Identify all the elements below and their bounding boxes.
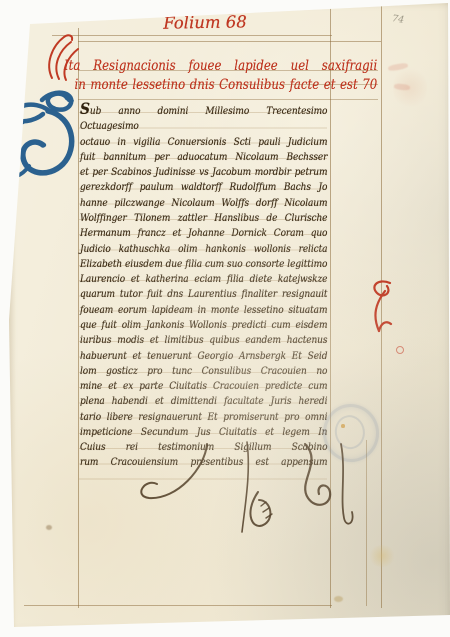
body-line-15: iuribus modis et limitibus quibus eandem… [80,333,327,348]
cadel-initial-icon [4,86,84,190]
body-line-1: Sub anno domini Millesimo Trecentesimo O… [80,101,327,135]
body-line-5: gerezkdorff paulum waldtorff Rudolffum B… [80,180,327,195]
body-line-9: Judicio kathuschka olim hankonis wolloni… [80,242,327,257]
body-line-10: Elizabeth eiusdem due filia cum suo cons… [80,257,327,272]
manuscript-photo: 74 Folium 68 Ita Resignacionis fouee lap… [0,0,450,637]
rubric: Ita Resignacionis fouee lapidee uel saxi… [64,57,377,95]
body-line-4: et per Scabinos Judinisse vs Jacobum mor… [80,165,327,180]
red-dot-mark [396,346,404,354]
margin-flourish-icon [364,277,396,335]
ink-bleed-mark [228,3,236,15]
ink-bleed-mark [394,83,411,91]
body-line-2: octauo in vigilia Conuersionis Scti paul… [80,135,327,150]
body-line-11: Laurencio et katherina eciam filia diete… [80,272,327,287]
stain [334,596,343,602]
body-line-21: impeticione Secundum Jus Ciuitatis et le… [80,425,327,440]
ruling-line-header-1 [52,35,332,36]
body-line-13: foueam eorum lapideam in monte lessetino… [80,303,327,318]
body-line-19: plena habendi et dimittendi facultate Ju… [80,394,327,409]
body-line-8: Hermanum francz et Johanne Dornick Coram… [80,226,327,241]
pen-flourishes-icon [95,440,365,540]
body-line-20: tario libere resignauerunt Et promiserun… [80,410,327,425]
rubric-line-1: Ita Resignacionis fouee lapidee uel saxi… [64,57,377,76]
rubric-line-2: in monte lessetino dnis Consulibus facte… [64,76,377,95]
folio-header: Folium 68 [130,12,280,34]
ruling-line-bottom [24,605,332,606]
body-line-16: habuerunt et tenuerunt Georgio Arnsbergk… [80,349,327,364]
body-line-14: que fuit olim Jankonis Wollonis predicti… [80,318,327,333]
body-line-7: Wolffinger Tilonem zattler Hanslibus de … [80,211,327,226]
parchment-leaf: 74 Folium 68 Ita Resignacionis fouee lap… [0,0,450,637]
body-line-17: lom gosticz pro tunc Consulibus Cracouie… [80,364,327,379]
body-line-12: quarum tutor fuit dns Laurentius finalit… [80,287,327,302]
stain [46,525,52,530]
stain [368,545,396,567]
body-line-6: hanne pilczwange Nicolaum Wolffs dorff N… [80,196,327,211]
ruling-line-vertical-right-2 [366,440,367,606]
stamp-dot [341,424,345,428]
body-line-18: mine et ex parte Ciuitatis Cracouien pre… [80,379,327,394]
body-text: Sub anno domini Millesimo Trecentesimo O… [80,101,327,471]
body-line-3: fuit bannitum per aduocatum Nicolaum Bec… [80,150,327,165]
ink-bleed-mark [388,62,409,71]
pencil-foliation: 74 [391,13,405,26]
ruling-line-header-2 [78,41,381,42]
